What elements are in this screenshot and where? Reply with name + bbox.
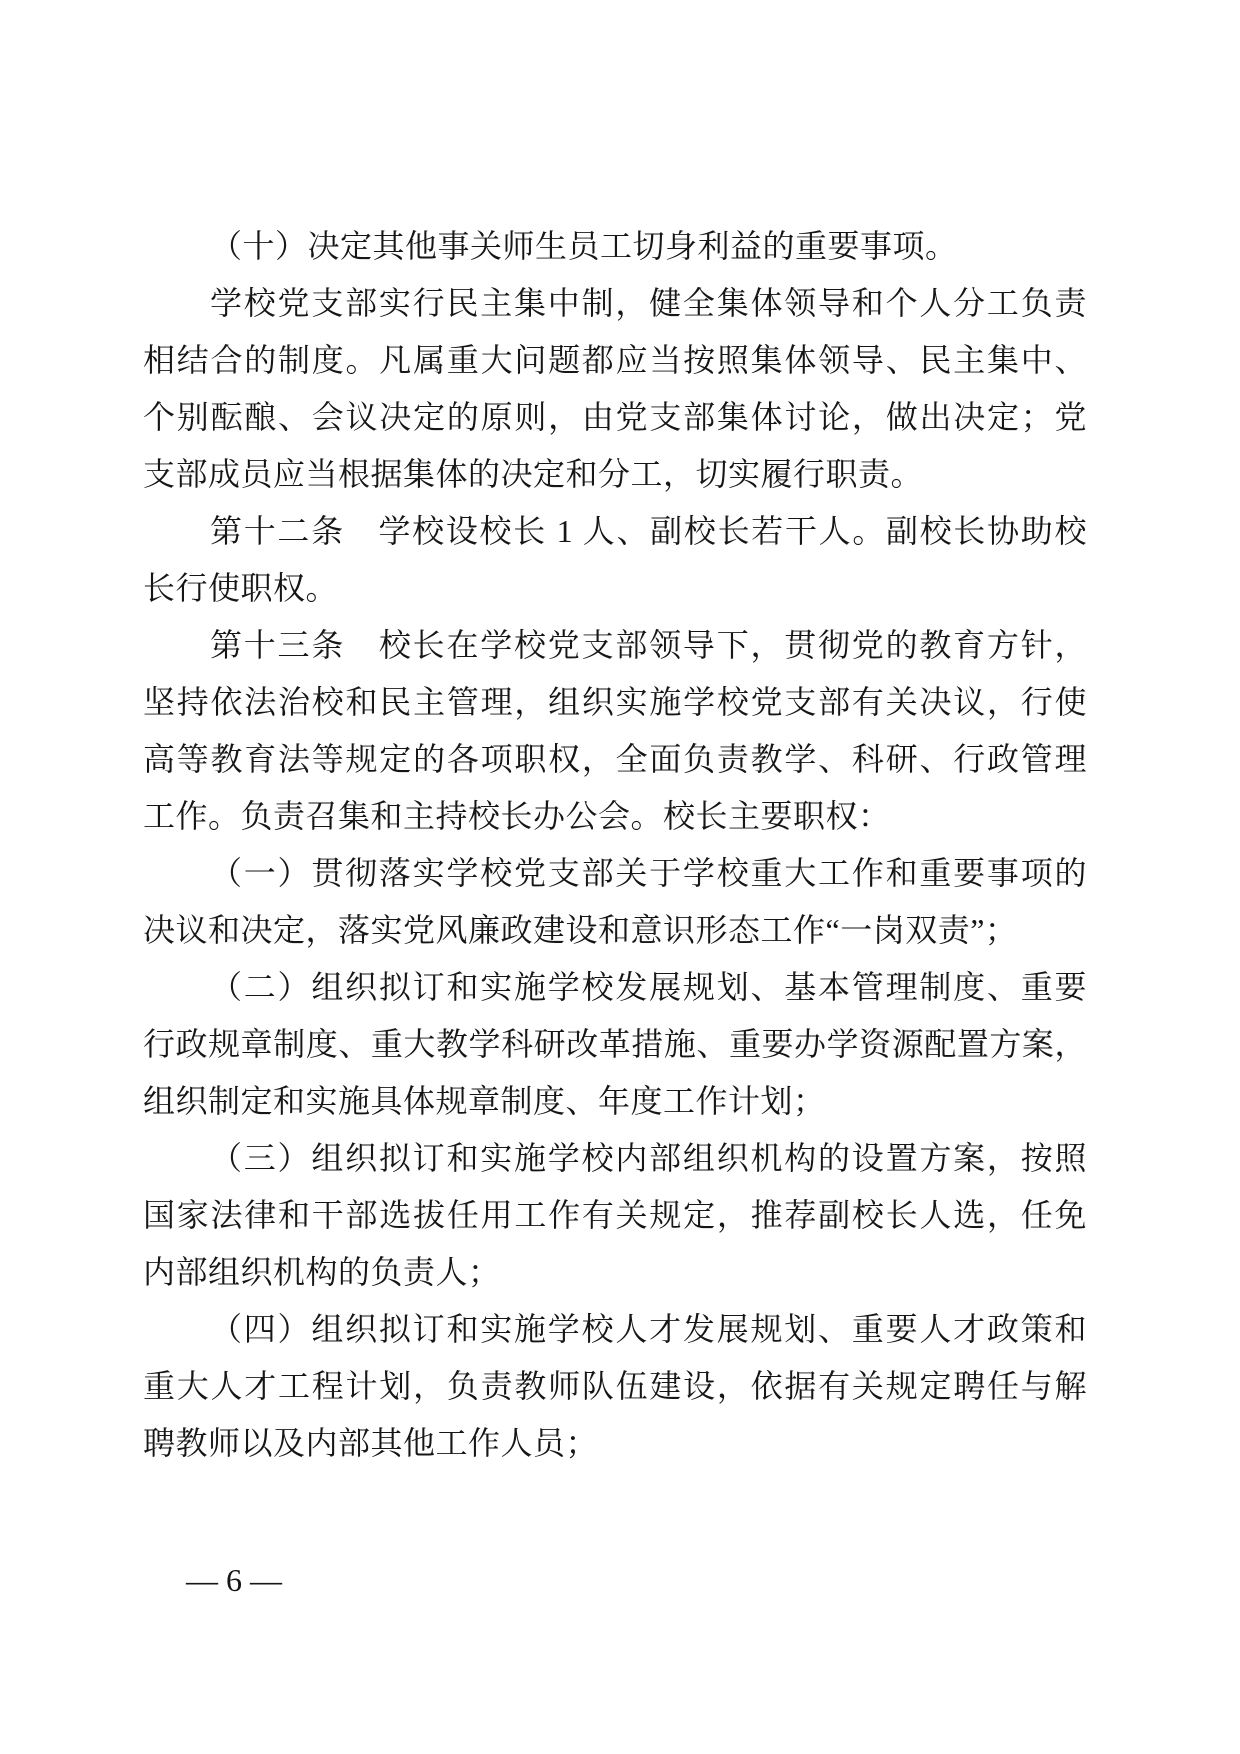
text-line: 行政规章制度、重大教学科研改革措施、重要办学资源配置方案，	[143, 1016, 1087, 1073]
text-line: 组织制定和实施具体规章制度、年度工作计划；	[143, 1073, 1087, 1130]
text-line: 坚持依法治校和民主管理，组织实施学校党支部有关决议，行使	[143, 674, 1087, 731]
text-line: 学校党支部实行民主集中制，健全集体领导和个人分工负责	[143, 275, 1087, 332]
text-line: 重大人才工程计划，负责教师队伍建设，依据有关规定聘任与解	[143, 1358, 1087, 1415]
text-line: （四）组织拟订和实施学校人才发展规划、重要人才政策和	[143, 1301, 1087, 1358]
text-line: 国家法律和干部选拔任用工作有关规定，推荐副校长人选，任免	[143, 1187, 1087, 1244]
text-line: （一）贯彻落实学校党支部关于学校重大工作和重要事项的	[143, 845, 1087, 902]
text-line: 个别酝酿、会议决定的原则，由党支部集体讨论，做出决定；党	[143, 389, 1087, 446]
text-line: 内部组织机构的负责人；	[143, 1244, 1087, 1301]
text-line: （二）组织拟订和实施学校发展规划、基本管理制度、重要	[143, 959, 1087, 1016]
text-line: 相结合的制度。凡属重大问题都应当按照集体领导、民主集中、	[143, 332, 1087, 389]
text-line: （三）组织拟订和实施学校内部组织机构的设置方案，按照	[143, 1130, 1087, 1187]
text-line: 支部成员应当根据集体的决定和分工，切实履行职责。	[143, 446, 1087, 503]
text-line: 第十三条 校长在学校党支部领导下，贯彻党的教育方针，	[143, 617, 1087, 674]
text-line: 第十二条 学校设校长 1 人、副校长若干人。副校长协助校	[143, 503, 1087, 560]
text-line: 聘教师以及内部其他工作人员；	[143, 1415, 1087, 1472]
document-page: （十）决定其他事关师生员工切身利益的重要事项。学校党支部实行民主集中制，健全集体…	[0, 0, 1240, 1754]
text-line: 高等教育法等规定的各项职权，全面负责教学、科研、行政管理	[143, 731, 1087, 788]
document-body: （十）决定其他事关师生员工切身利益的重要事项。学校党支部实行民主集中制，健全集体…	[143, 218, 1087, 1472]
text-line: 决议和决定，落实党风廉政建设和意识形态工作“一岗双责”；	[143, 902, 1087, 959]
page-footer: — 6 —	[186, 1552, 282, 1609]
text-line: （十）决定其他事关师生员工切身利益的重要事项。	[143, 218, 1087, 275]
text-line: 工作。负责召集和主持校长办公会。校长主要职权：	[143, 788, 1087, 845]
text-line: 长行使职权。	[143, 560, 1087, 617]
page-number: — 6 —	[186, 1562, 282, 1598]
